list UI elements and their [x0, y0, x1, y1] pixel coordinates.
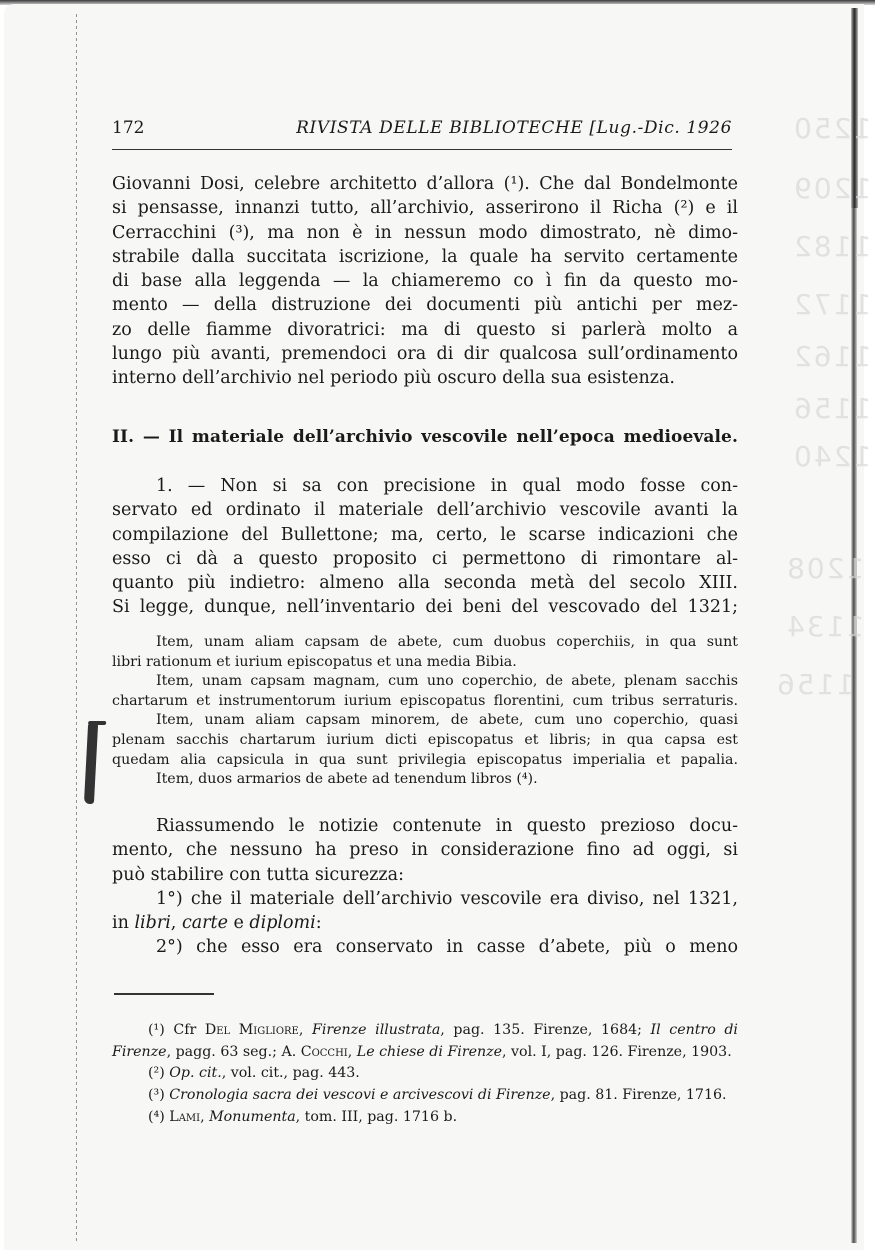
quote-line: quedam alia capsicula in qua sunt privil…: [112, 751, 738, 771]
text: ,: [299, 1022, 312, 1038]
ghost-number: 1240: [792, 440, 871, 473]
block-quotation: Item, unam aliam capsam de abete, cum du…: [112, 633, 738, 790]
paragraph-summary: Riassumendo le notizie contenute in ques…: [112, 814, 738, 960]
footnote-marker: (³): [148, 1087, 165, 1103]
work-title: Le chiese di Firenze: [357, 1044, 502, 1060]
ghost-number: 1208: [785, 552, 864, 585]
text: , vol. cit., pag. 443.: [222, 1065, 360, 1081]
list-item-1: 1°) che il materiale dell’archivio vesco…: [112, 887, 738, 911]
text: , pag. 81. Firenze, 1716.: [551, 1087, 727, 1103]
footnotes: (¹) Cfr Del Migliore, Firenze illustrata…: [112, 1020, 738, 1129]
italic-term: libri: [134, 913, 170, 933]
text-line: strabile dalla succitata iscrizione, la …: [112, 245, 738, 269]
footnote-4: (⁴) Lami, Monumenta, tom. III, pag. 1716…: [112, 1107, 738, 1129]
author: Cocchi: [301, 1044, 348, 1060]
quote-line: libri rationum et iurium episcopatus et …: [112, 653, 738, 673]
text-line: Giovanni Dosi, celebre architetto d’allo…: [112, 172, 738, 196]
text-line: Si legge, dunque, nell’inventario dei be…: [112, 595, 738, 619]
footnote-2: (²) Op. cit., vol. cit., pag. 443.: [112, 1063, 738, 1085]
text-line: 1. — Non si sa con precisione in qual mo…: [112, 474, 738, 498]
quote-line: Item, unam capsam magnam, cum uno coperc…: [112, 672, 738, 692]
quote-line: plenam sacchis chartarum iurium dicti ep…: [112, 731, 738, 751]
paragraph-section-1: 1. — Non si sa con precisione in qual mo…: [112, 474, 738, 620]
author: Del Migliore: [205, 1022, 299, 1038]
text-line: lungo più avanti, premendoci ora di dir …: [112, 342, 738, 366]
quote-line: Item, unam aliam capsam minorem, de abet…: [112, 711, 738, 731]
text: e: [228, 913, 249, 933]
running-header: 172 RIVISTA DELLE BIBLIOTECHE [Lug.-Dic.…: [112, 114, 732, 144]
quote-line: Item, duos armarios de abete ad tenendum…: [112, 770, 738, 790]
text-line: esso ci dà a questo proposito ci permett…: [112, 547, 738, 571]
text: , tom. III, pag. 1716 b.: [296, 1109, 457, 1125]
text: , pagg. 63 seg.; A.: [167, 1044, 301, 1060]
list-item-1-cont: in libri, carte e diplomi:: [112, 911, 738, 935]
ghost-number: 1134: [785, 610, 864, 643]
ghost-number: 1172: [792, 288, 871, 321]
paragraph-continuation: Giovanni Dosi, celebre architetto d’allo…: [112, 172, 738, 391]
text: , vol. I, pag. 126. Firenze, 1903.: [502, 1044, 732, 1060]
text-line: servato ed ordinato il materiale dell’ar…: [112, 498, 738, 522]
ghost-number: 1209: [792, 172, 871, 205]
text: ,: [348, 1044, 357, 1060]
quote-line: chartarum et instrumentorum iurium episc…: [112, 692, 738, 712]
text: , pag. 135. Firenze, 1684;: [440, 1022, 650, 1038]
left-margin-line: [76, 14, 77, 1244]
quote-line: Item, unam aliam capsam de abete, cum du…: [112, 633, 738, 653]
italic-term: diplomi: [249, 913, 315, 933]
text-line: può stabilire con tutta sicurezza:: [112, 863, 738, 887]
text: in: [112, 913, 134, 933]
text-line: di base alla leggenda — la chiameremo co…: [112, 269, 738, 293]
header-rule: [112, 149, 732, 150]
text-line: quanto più indietro: almeno alla seconda…: [112, 571, 738, 595]
text: ,: [200, 1109, 209, 1125]
work-title: Firenze illustrata: [312, 1022, 440, 1038]
ghost-number: 1250: [792, 112, 871, 145]
text-line: compilazione del Bullettone; ma, certo, …: [112, 523, 738, 547]
work-title: Op. cit.: [169, 1065, 221, 1081]
work-title: Monumenta: [209, 1109, 296, 1125]
ghost-number: 1156: [775, 668, 854, 701]
italic-term: carte: [182, 913, 228, 933]
text-line: Riassumendo le notizie contenute in ques…: [112, 814, 738, 838]
author: Lami: [169, 1109, 200, 1125]
text: :: [316, 913, 322, 933]
ghost-number: 1162: [792, 340, 871, 373]
work-title: Cronologia sacra dei vescovi e arcivesco…: [169, 1087, 550, 1103]
text-line: Cerracchini (³), ma non è in nessun modo…: [112, 221, 738, 245]
text: Cfr: [165, 1022, 205, 1038]
ghost-number: 1156: [792, 392, 871, 425]
journal-title: RIVISTA DELLE BIBLIOTECHE [Lug.-Dic. 192…: [296, 118, 732, 138]
ghost-number: 1182: [792, 230, 871, 263]
text-line: mento, che nessuno ha preso in considera…: [112, 838, 738, 862]
footnote-3: (³) Cronologia sacra dei vescovi e arciv…: [112, 1085, 738, 1107]
footnote-separator: [114, 993, 214, 995]
list-item-2: 2°) che esso era conservato in casse d’a…: [112, 935, 738, 959]
text-line: si pensasse, innanzi tutto, all’archivio…: [112, 196, 738, 220]
text-line: interno dell’archivio nel periodo più os…: [112, 366, 738, 390]
page-number: 172: [112, 118, 144, 138]
section-heading: II. — Il materiale dell’archivio vescovi…: [112, 427, 738, 447]
footnote-marker: (⁴): [148, 1109, 165, 1125]
footnote-marker: (¹): [148, 1022, 165, 1038]
text-line: zo delle fiamme divoratrici: ma di quest…: [112, 318, 738, 342]
text: ,: [171, 913, 182, 933]
footnote-marker: (²): [148, 1065, 165, 1081]
text-line: mento — della distruzione dei documenti …: [112, 293, 738, 317]
footnote-1: (¹) Cfr Del Migliore, Firenze illustrata…: [112, 1020, 738, 1063]
